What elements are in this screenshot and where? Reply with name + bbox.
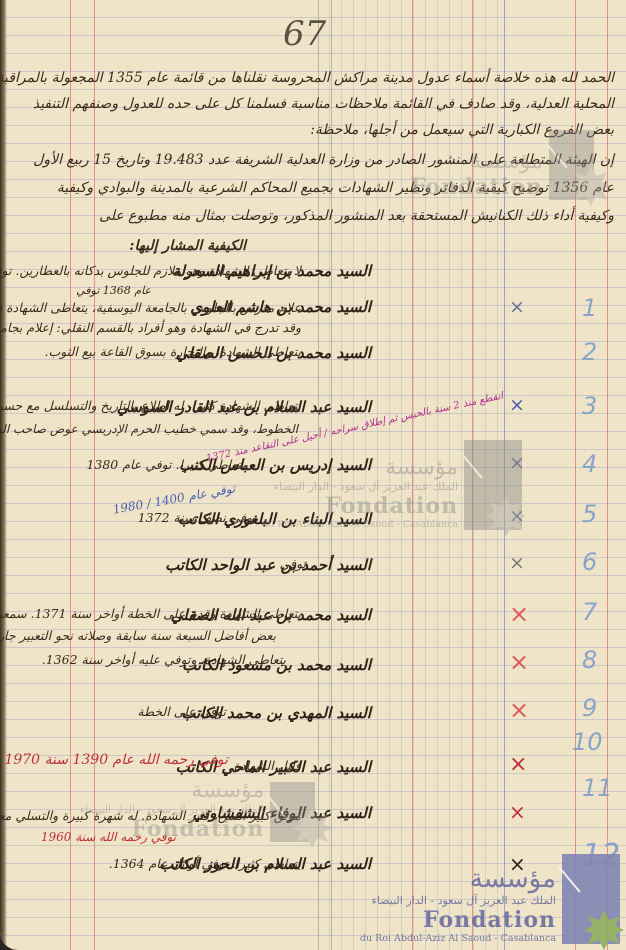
- status-mark: ×: [509, 600, 529, 628]
- row-number: 6: [582, 548, 597, 576]
- watermark-faded: مؤسسة الملك عبد العزيز آل سعود - الدار ا…: [80, 778, 315, 842]
- person-remark: وقد تدرج في الشهادة وهو أفراد بالقسم الن…: [0, 320, 301, 335]
- row-number: 10: [572, 728, 603, 756]
- watermark-french-subtitle: du Roi Abdul-Aziz Al Saoud - Casablanca: [360, 933, 556, 944]
- intro-line: الحمد لله هذه خلاصة أسماء عدول مدينة مرا…: [0, 70, 614, 86]
- watermark-arabic-title: مؤسسة: [262, 455, 458, 480]
- person-remark: متعاطي كثيرا. توفي عام 1380: [86, 457, 248, 472]
- foundation-logo-icon: [270, 782, 315, 842]
- row-number: 8: [582, 646, 597, 674]
- document-page: 67 الحمد لله هذه خلاصة أسماء عدول مدينة …: [0, 0, 626, 950]
- intro-line: وكيفية أداء ذلك الكنانيش المستحقة بعد ال…: [99, 208, 614, 224]
- watermark-french-title: Fondation: [262, 493, 458, 519]
- person-remark: الخطوط، وقد سمي خطيب الحرم الإدريسي عوض …: [0, 422, 298, 436]
- row-number: 9: [582, 694, 597, 722]
- row-number: 1: [582, 294, 597, 322]
- person-remark: لا يتعاطى الشهادة وهو ملازم للجلوس بدكان…: [0, 263, 301, 278]
- person-name: السيد أحمد بن عبد الواحد الكاتب: [165, 556, 371, 574]
- watermark-faded: مؤسسة الملك عبد العزيز آل سعود - الدار ا…: [262, 440, 522, 530]
- status-mark: ×: [509, 552, 525, 574]
- watermark-arabic-title: مؤسسة: [360, 864, 556, 894]
- person-remark: يتعاطى كثيرا. توفي أوائل عام 1364.: [109, 856, 301, 871]
- person-remark: بعض أفاضل السبعة سنة سابقة وصلاته نحو ال…: [0, 628, 276, 643]
- row-number: 11: [582, 774, 613, 802]
- page-number: 67: [283, 14, 326, 54]
- watermark-french-title: Fondation: [80, 816, 264, 842]
- intro-line: الكيفية المشار إليها:: [129, 238, 246, 254]
- row-number: 4: [582, 450, 597, 478]
- person-remark: قليل الشهادة.: [230, 758, 301, 773]
- watermark-arabic-title: مؤسسة: [80, 778, 264, 803]
- status-mark: ×: [509, 800, 526, 824]
- watermark-french-subtitle: du Roi Abdul-Aziz Al Saoud - Casablanca: [262, 519, 458, 530]
- watermark-arabic-title: مؤسسة: [410, 149, 543, 174]
- person-remark: عام 1368 توفي: [76, 284, 151, 297]
- watermark-french-title: Fondation: [410, 174, 543, 200]
- person-remark: يتعاطى الشهادة، والتجارة بسوق القاعة بيع…: [44, 344, 301, 359]
- watermark-french-title: Fondation: [360, 907, 556, 933]
- watermark-arabic-subtitle: الملك عبد العزيز آل سعود - الدار البيضاء: [80, 803, 264, 816]
- person-remark: توفي: [280, 556, 306, 571]
- row-number: 2: [582, 338, 597, 366]
- person-remark: يتعاطى الشهادة كثيرا، له اطلاع بالتاريخ …: [0, 398, 301, 413]
- status-mark: ×: [509, 752, 527, 777]
- watermark-arabic-subtitle: الملك عبد العزيز آل سعود - الدار البيضاء: [262, 480, 458, 493]
- watermark-faded: مؤسسة Fondation: [410, 130, 594, 200]
- red-annotation: توفي رحمه الله عام 1390 سنة 1970: [4, 752, 228, 768]
- watermark-main: مؤسسة الملك عبد العزيز آل سعود - الدار ا…: [360, 854, 620, 944]
- status-mark: ×: [509, 696, 529, 724]
- row-number: 5: [582, 500, 597, 528]
- row-number: 3: [582, 392, 597, 420]
- person-remark: توفي على الخطة: [137, 704, 226, 719]
- status-mark: ×: [509, 648, 529, 676]
- status-mark: ×: [509, 394, 525, 416]
- foundation-logo-icon: [464, 440, 522, 530]
- foundation-logo-icon: [562, 854, 620, 944]
- person-remark: توفي نصف سنة 1372: [138, 510, 256, 525]
- status-mark: ×: [509, 296, 525, 318]
- row-number: 7: [582, 598, 597, 626]
- person-name: السيد محمد بن مسعود الكاتب: [182, 656, 371, 674]
- person-remark: علام مدرس بالجلوس بالجامعة اليوسفية، يتع…: [0, 300, 301, 315]
- watermark-arabic-subtitle: الملك عبد العزيز آل سعود - الدار البيضاء: [360, 894, 556, 907]
- foundation-logo-icon: [549, 130, 594, 200]
- number-column-line: [607, 0, 608, 950]
- intro-line: المحلية العدلية، وقد صادف في القائمة ملا…: [33, 96, 614, 112]
- person-remark: يتعاطى الشهادة وقدم على الخطة أواخر سنة …: [0, 606, 301, 621]
